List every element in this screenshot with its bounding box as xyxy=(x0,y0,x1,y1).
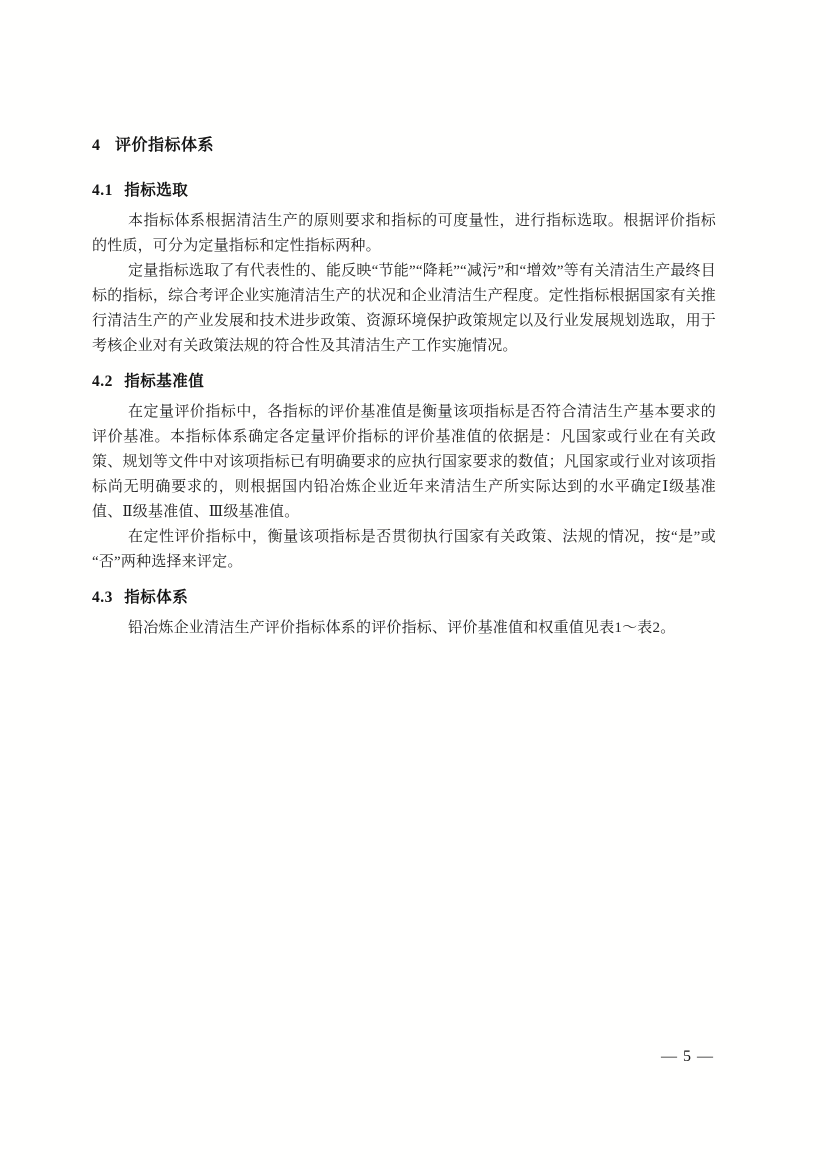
paragraph: 铅冶炼企业清洁生产评价指标体系的评价指标、评价基准值和权重值见表1～表2。 xyxy=(92,616,716,641)
paragraph: 本指标体系根据清洁生产的原则要求和指标的可度量性，进行指标选取。根据评价指标的性… xyxy=(92,209,716,259)
document-content: 4 评价指标体系 4.1 指标选取 本指标体系根据清洁生产的原则要求和指标的可度… xyxy=(92,133,716,641)
paragraph: 在定性评价指标中，衡量该项指标是否贯彻执行国家有关政策、法规的情况，按“是”或“… xyxy=(92,525,716,575)
section-indicator-benchmark: 4.2 指标基准值 在定量评价指标中，各指标的评价基准值是衡量该项指标是否符合清… xyxy=(92,369,716,575)
page-footer: — 5 — xyxy=(92,1044,716,1069)
paragraph: 定量指标选取了有代表性的、能反映“节能”“降耗”“减污”和“增效”等有关清洁生产… xyxy=(92,259,716,359)
document-page: 4 评价指标体系 4.1 指标选取 本指标体系根据清洁生产的原则要求和指标的可度… xyxy=(0,0,826,1169)
section-heading-4-3: 4.3 指标体系 xyxy=(92,585,716,610)
paragraph: 在定量评价指标中，各指标的评价基准值是衡量该项指标是否符合清洁生产基本要求的评价… xyxy=(92,400,716,525)
chapter-heading: 4 评价指标体系 xyxy=(92,133,716,158)
page-number: — 5 — xyxy=(661,1048,716,1065)
section-heading-4-1: 4.1 指标选取 xyxy=(92,178,716,203)
section-indicator-system: 4.3 指标体系 铅冶炼企业清洁生产评价指标体系的评价指标、评价基准值和权重值见… xyxy=(92,585,716,641)
section-indicator-selection: 4.1 指标选取 本指标体系根据清洁生产的原则要求和指标的可度量性，进行指标选取… xyxy=(92,178,716,359)
section-heading-4-2: 4.2 指标基准值 xyxy=(92,369,716,394)
